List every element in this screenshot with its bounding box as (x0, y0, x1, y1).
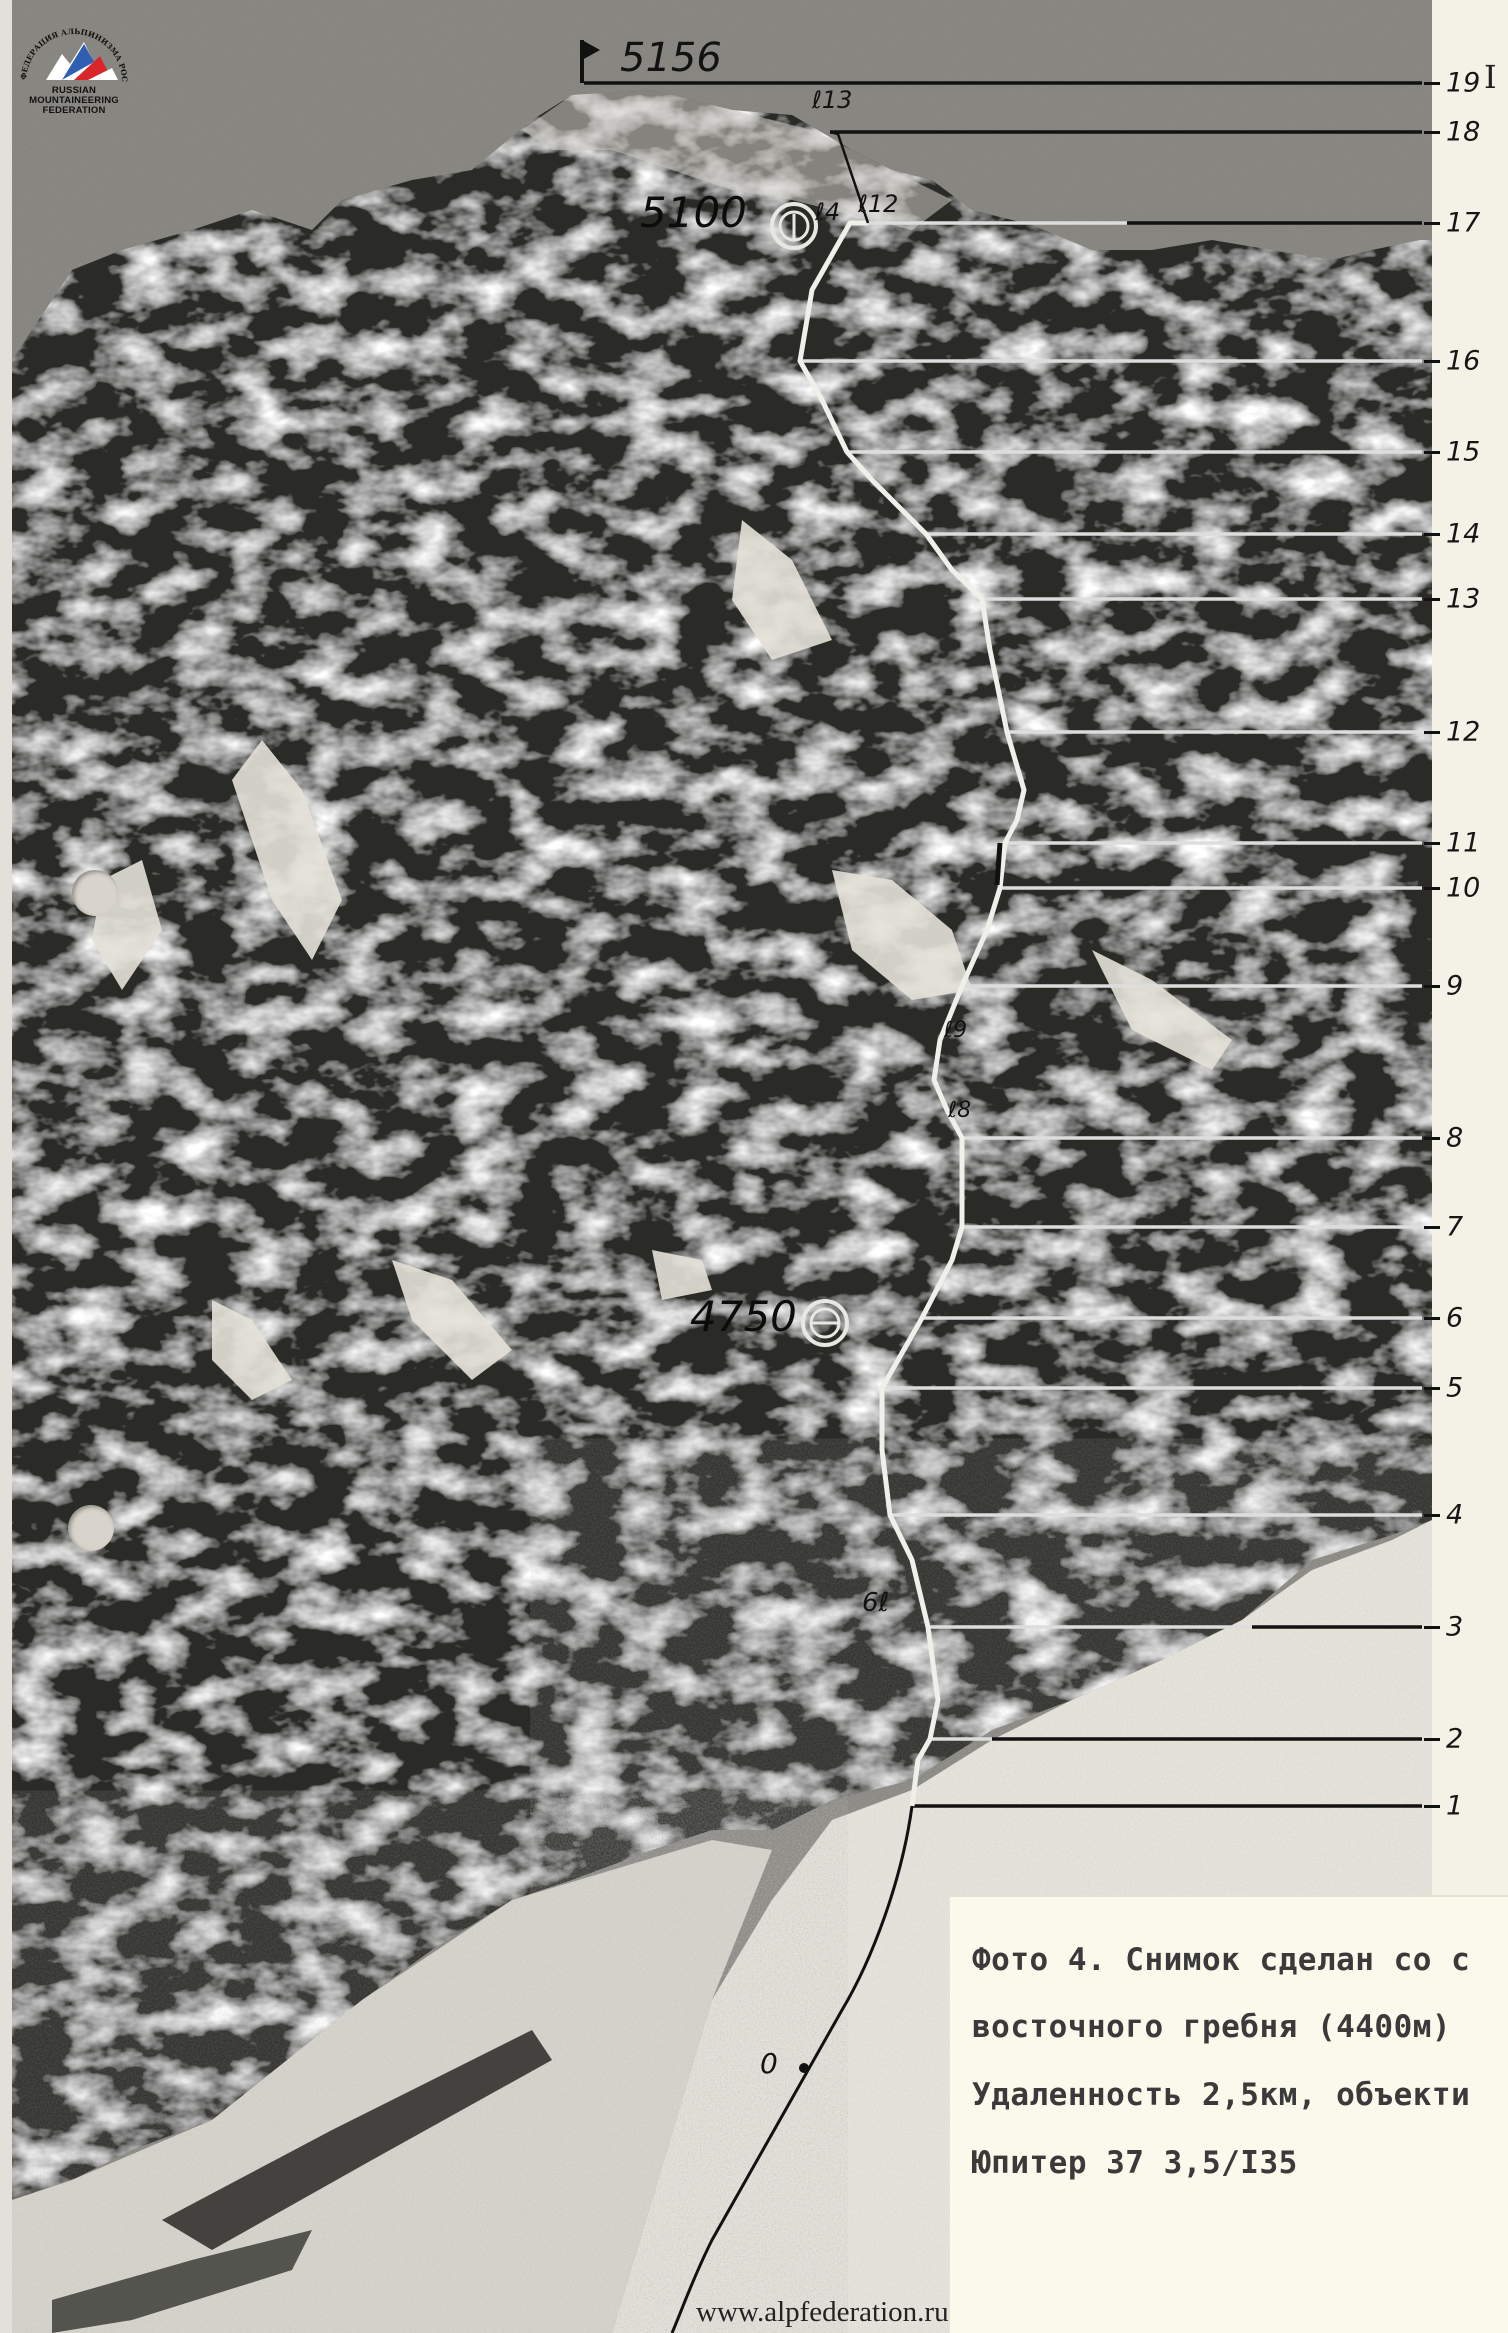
logo-mountain-icon: ФЕДЕРАЦИЯ АЛЬПИНИЗМА РОССИИ (14, 12, 134, 92)
section-label-18: 18 (1446, 119, 1480, 146)
punch-hole (72, 870, 118, 916)
caption-line-1: Фото 4. Снимок сделан со с (972, 1942, 1470, 1978)
section-label-13: 13 (1446, 586, 1480, 613)
section-label-17: 17 (1446, 210, 1480, 237)
section-tick (1424, 1805, 1440, 1808)
pitch-mark-9: ℓ9 (944, 1020, 967, 1042)
section-label-5: 5 (1446, 1375, 1463, 1402)
section-label-19: 19 (1446, 70, 1480, 97)
start-point-label: 0 (760, 2050, 778, 2078)
section-label-8: 8 (1446, 1125, 1463, 1152)
logo-en-line3: FEDERATION (14, 106, 134, 116)
section-tick (1424, 82, 1440, 85)
section-label-15: 15 (1446, 439, 1480, 466)
section-label-6: 6 (1446, 1305, 1463, 1332)
section-tick (1424, 533, 1440, 536)
altitude-4750: 4750 (690, 1296, 797, 1338)
section-tick (1424, 887, 1440, 890)
section-tick (1424, 1626, 1440, 1629)
pitch-mark-12: ℓ12 (858, 192, 898, 216)
section-tick (1424, 1738, 1440, 1741)
section-tick (1424, 131, 1440, 134)
section-label-9: 9 (1446, 973, 1463, 1000)
section-label-12: 12 (1446, 719, 1480, 746)
document-page: ФЕДЕРАЦИЯ АЛЬПИНИЗМА РОССИИ RUSSIAN MOUN… (0, 0, 1508, 2333)
photo-caption: Фото 4. Снимок сделан со с восточного гр… (948, 1895, 1508, 2333)
altitude-5100: 5100 (640, 192, 747, 234)
section-tick (1424, 222, 1440, 225)
section-tick (1424, 1514, 1440, 1517)
section-label-1: 1 (1446, 1793, 1463, 1820)
section-label-2: 2 (1446, 1726, 1463, 1753)
summit-altitude: 5156 (620, 38, 722, 78)
pitch-mark-8: ℓ8 (948, 1100, 971, 1122)
caption-line-4: Юпитер 37 3,5/I35 (972, 2145, 1298, 2181)
bivouac-1-icon (772, 204, 816, 248)
section-label-14: 14 (1446, 521, 1480, 548)
section-tick (1424, 1226, 1440, 1229)
section-label-16: 16 (1446, 348, 1480, 375)
section-tick (1424, 598, 1440, 601)
section-label-3: 3 (1446, 1614, 1463, 1641)
section-tick (1424, 1137, 1440, 1140)
section-tick (1424, 731, 1440, 734)
logo-english-name: RUSSIAN MOUNTAINEERING FEDERATION (14, 86, 134, 116)
section-tick (1424, 360, 1440, 363)
caption-line-2: восточного гребня (4400м) (972, 2009, 1451, 2045)
section-tick (1424, 985, 1440, 988)
caption-line-3: Удаленность 2,5км, объекти (972, 2077, 1470, 2113)
website-watermark: www.alpfederation.ru (696, 2296, 949, 2329)
pitch-mark-4: ℓ4 (815, 200, 840, 224)
federation-logo: ФЕДЕРАЦИЯ АЛЬПИНИЗМА РОССИИ RUSSIAN MOUN… (14, 12, 134, 122)
section-label-11: 11 (1446, 830, 1480, 857)
section-label-7: 7 (1446, 1214, 1463, 1241)
section-tick (1424, 1317, 1440, 1320)
punch-hole (68, 1505, 114, 1551)
section-label-4: 4 (1446, 1502, 1463, 1529)
section-tick (1424, 1387, 1440, 1390)
pitch-mark-6: 6ℓ (862, 1590, 889, 1616)
section-tick (1424, 451, 1440, 454)
page-edge (0, 0, 12, 2333)
section-label-10: 10 (1446, 875, 1480, 902)
bivouac-2-icon (803, 1301, 847, 1345)
page-marker: I (1484, 58, 1497, 96)
pitch-mark-13: ℓ13 (812, 88, 852, 112)
section-tick (1424, 842, 1440, 845)
